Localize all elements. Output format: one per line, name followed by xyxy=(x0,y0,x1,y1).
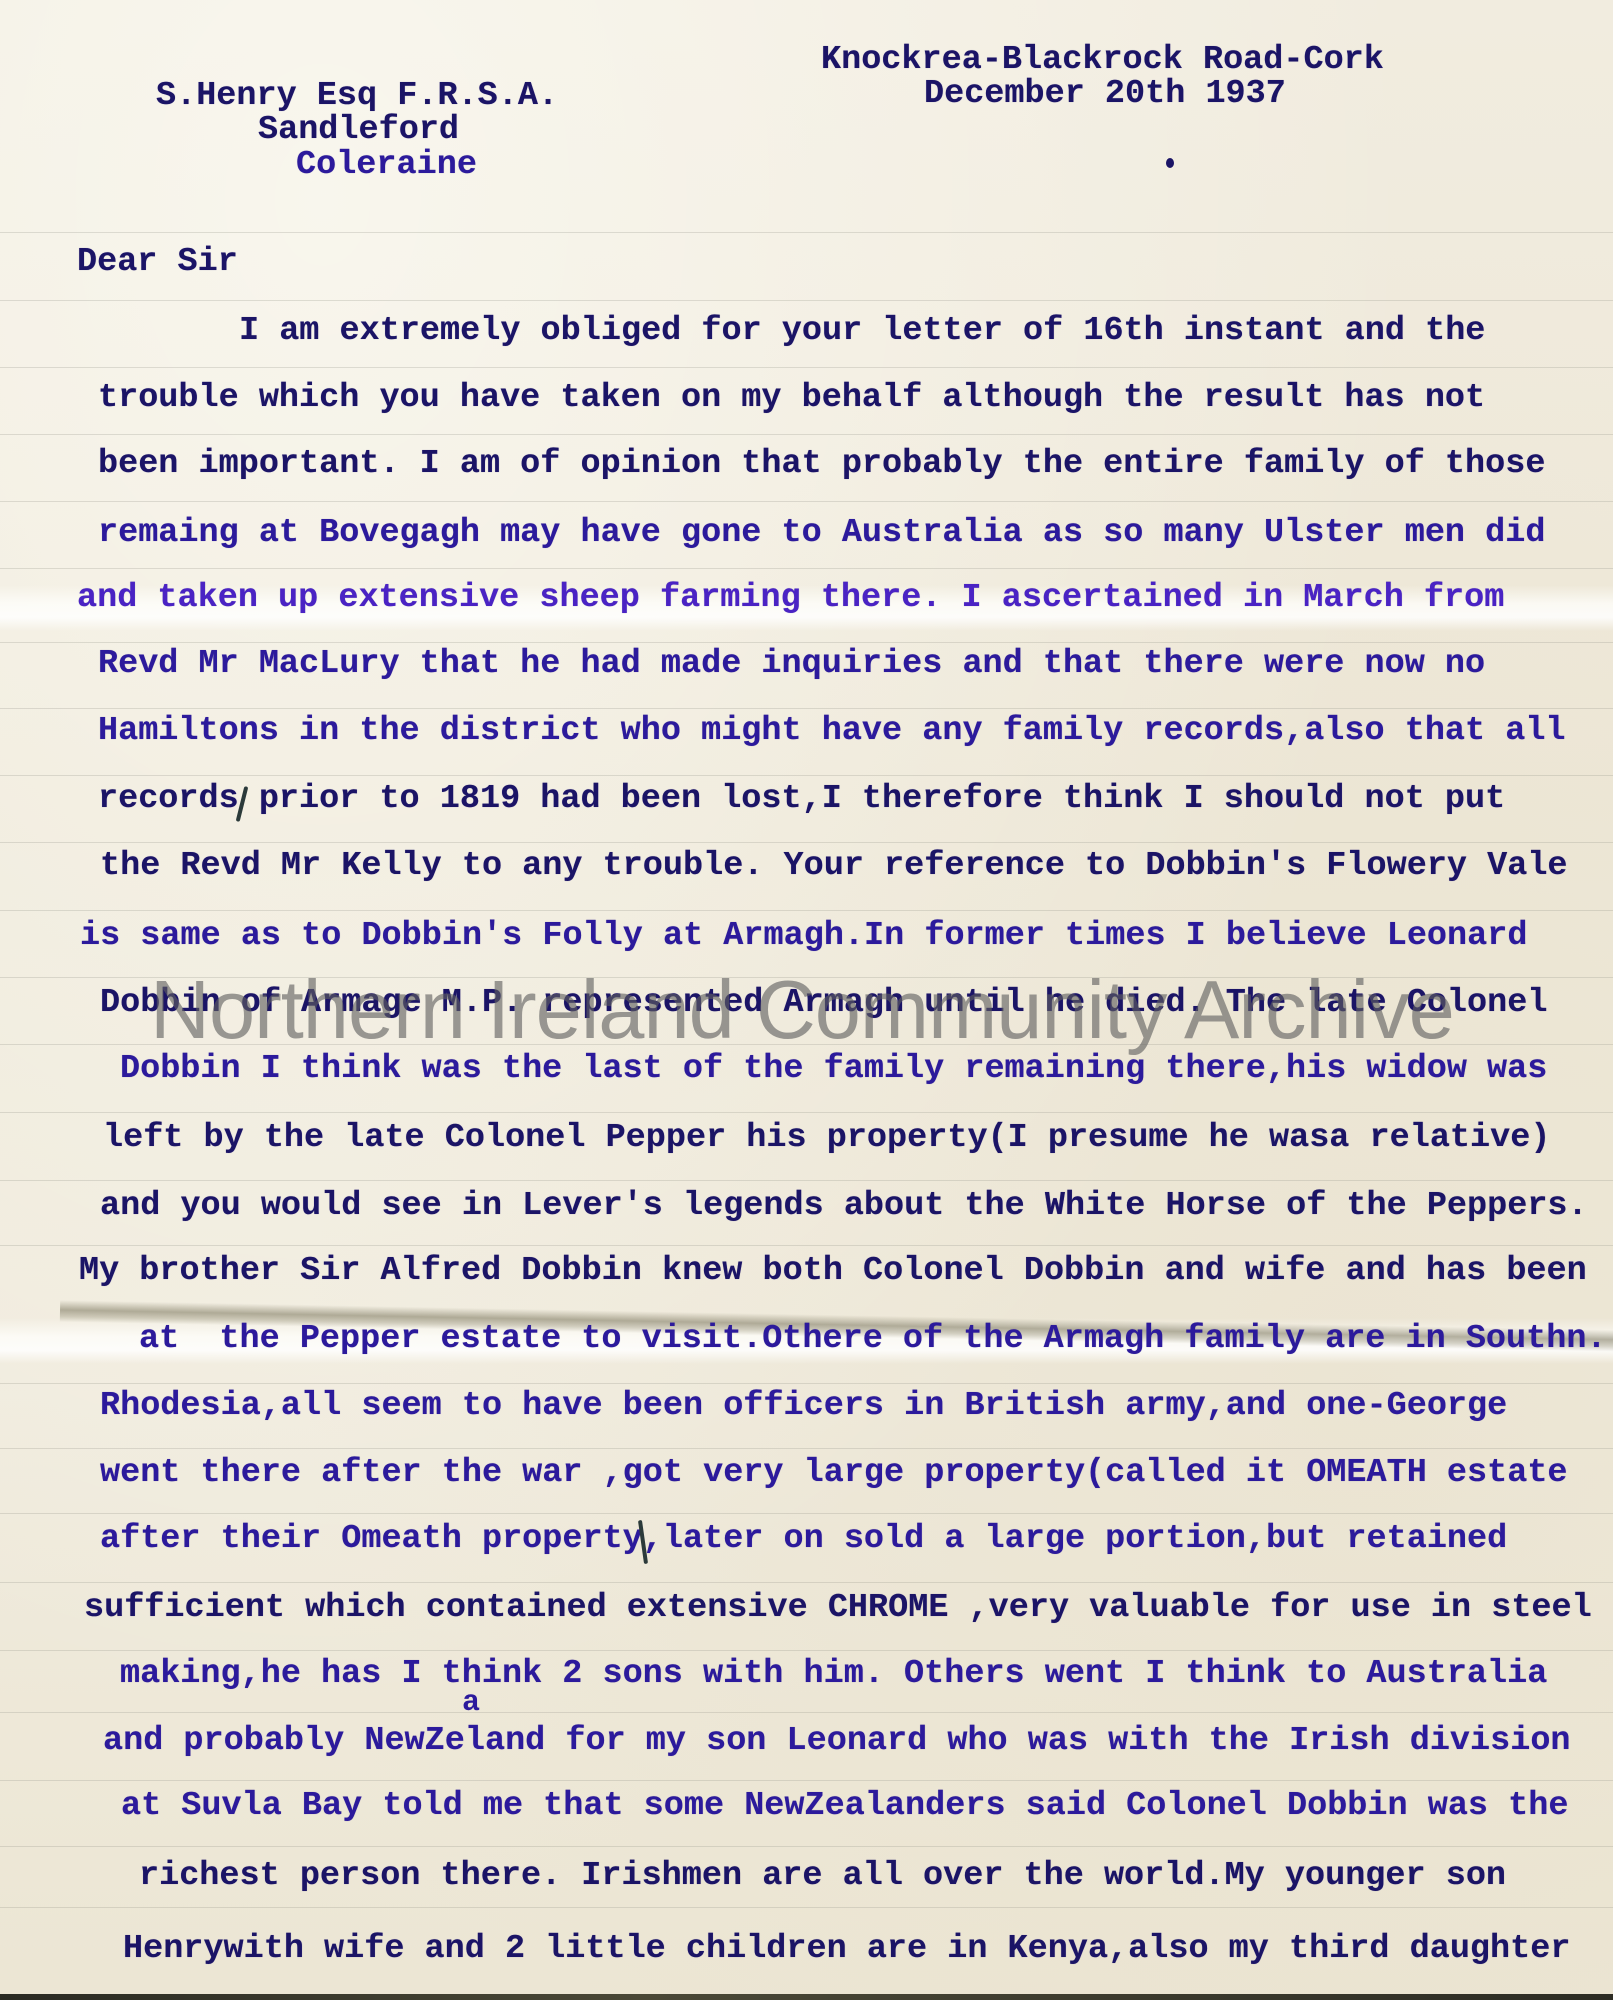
ruled-line xyxy=(0,1180,1613,1181)
sender-address: Knockrea-Blackrock Road-Cork xyxy=(821,44,1384,78)
ruled-line xyxy=(0,1582,1613,1583)
body-line: Rhodesia,all seem to have been officers … xyxy=(100,1390,1507,1424)
body-line: Dobbin I think was the last of the famil… xyxy=(120,1053,1547,1087)
body-line: richest person there. Irishmen are all o… xyxy=(139,1860,1506,1894)
ruled-line xyxy=(0,1383,1613,1384)
ruled-line xyxy=(0,708,1613,709)
ruled-line xyxy=(0,775,1613,776)
ruled-line xyxy=(0,1112,1613,1113)
ruled-line xyxy=(0,1846,1613,1847)
body-line: I am extremely obliged for your letter o… xyxy=(239,315,1485,349)
body-line: and taken up extensive sheep farming the… xyxy=(77,582,1504,616)
ruled-line xyxy=(0,434,1613,435)
body-line: after their Omeath property,later on sol… xyxy=(100,1523,1507,1557)
body-line: the Revd Mr Kelly to any trouble. Your r… xyxy=(100,850,1568,884)
recipient-town: Coleraine xyxy=(296,149,477,183)
ink-dot-mark xyxy=(1166,158,1174,168)
ruled-line xyxy=(0,1712,1613,1713)
ruled-line xyxy=(0,910,1613,911)
body-line: left by the late Colonel Pepper his prop… xyxy=(103,1122,1550,1156)
recipient-name: S.Henry Esq F.R.S.A. xyxy=(156,80,558,114)
body-line: at the Pepper estate to visit.Othere of … xyxy=(139,1323,1607,1357)
body-line: and you would see in Lever's legends abo… xyxy=(100,1190,1588,1224)
typed-insertion: a xyxy=(462,1686,480,1720)
ruled-line xyxy=(0,1448,1613,1449)
ruled-line xyxy=(0,300,1613,301)
ruled-line xyxy=(0,1513,1613,1514)
body-line: making,he has I think 2 sons with him. O… xyxy=(120,1658,1547,1692)
ruled-line xyxy=(0,1780,1613,1781)
ruled-line xyxy=(0,367,1613,368)
ruled-line xyxy=(0,1650,1613,1651)
body-line: sufficient which contained extensive CHR… xyxy=(84,1592,1592,1626)
ruled-line xyxy=(0,568,1613,569)
body-line: Hamiltons in the district who might have… xyxy=(98,715,1566,749)
ruled-line xyxy=(0,501,1613,502)
salutation: Dear Sir xyxy=(77,246,238,280)
body-line: My brother Sir Alfred Dobbin knew both C… xyxy=(79,1255,1587,1289)
scan-bottom-edge xyxy=(0,1994,1613,2000)
ruled-line xyxy=(0,232,1613,233)
body-line: records prior to 1819 had been lost,I th… xyxy=(98,783,1505,817)
ruled-line xyxy=(0,842,1613,843)
body-line: Revd Mr MacLury that he had made inquiri… xyxy=(98,648,1485,682)
body-line: and probably NewZeland for my son Leonar… xyxy=(103,1725,1571,1759)
archive-watermark: Northern Ireland Community Archive xyxy=(150,962,1454,1058)
body-line: been important. I am of opinion that pro… xyxy=(98,448,1545,482)
body-line: at Suvla Bay told me that some NewZealan… xyxy=(121,1790,1568,1824)
body-line: remaing at Bovegagh may have gone to Aus… xyxy=(98,517,1545,551)
ruled-line xyxy=(0,1245,1613,1246)
body-line: Henrywith wife and 2 little children are… xyxy=(123,1933,1570,1967)
body-line: trouble which you have taken on my behal… xyxy=(98,382,1485,416)
body-line: is same as to Dobbin's Folly at Armagh.I… xyxy=(80,920,1527,954)
recipient-house: Sandleford xyxy=(258,114,459,148)
letter-date: December 20th 1937 xyxy=(924,78,1286,112)
ruled-line xyxy=(0,1907,1613,1908)
body-line: went there after the war ,got very large… xyxy=(100,1457,1568,1491)
ruled-line xyxy=(0,642,1613,643)
